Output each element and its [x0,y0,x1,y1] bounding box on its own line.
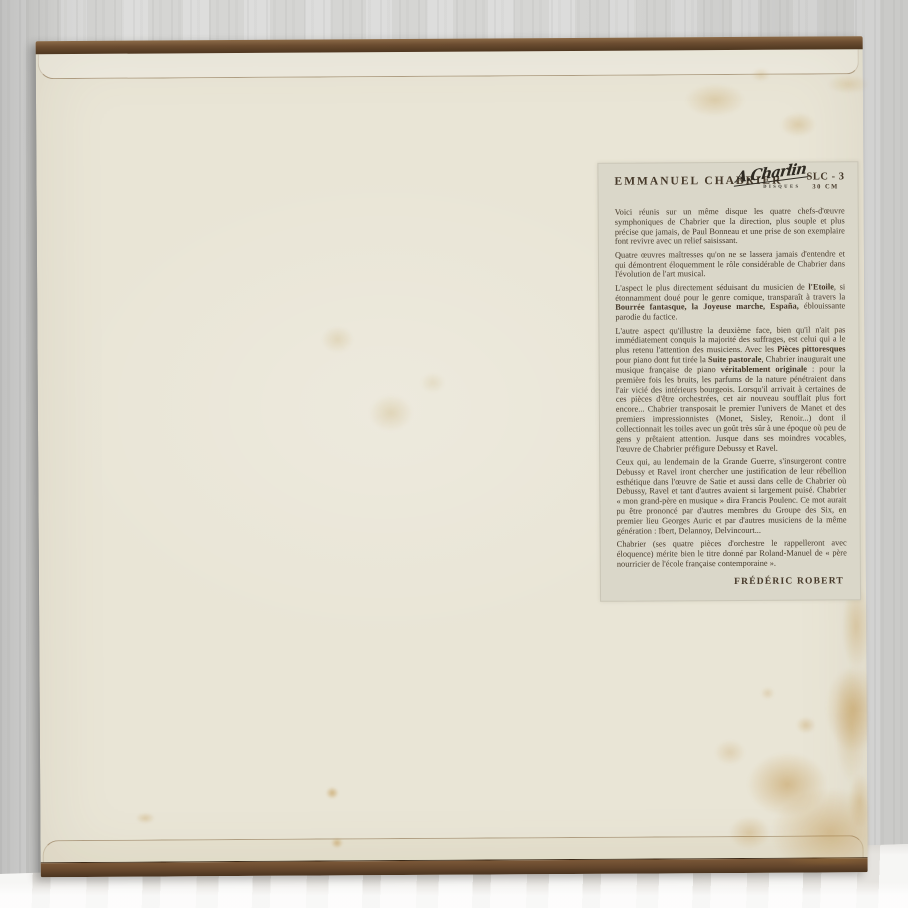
liner-notes-text: Voici réunis sur un même disque les quat… [615,206,847,569]
liner-paragraph: Ceux qui, au lendemain de la Grande Guer… [616,456,846,536]
stain [811,576,869,826]
catalog-block: SLC - 3 30 CM [807,171,845,190]
catalog-number: SLC - 3 [807,171,845,182]
stain [416,369,450,397]
stain [315,321,359,357]
charlin-logo: A.Charlin DISQUES [734,165,804,189]
liner-paragraph: L'aspect le plus directement séduisant d… [615,282,845,323]
author-signature: FRÉDÉRIC ROBERT [734,576,844,587]
liner-paragraph: Chabrier (ses quatre pièces d'orchestre … [617,538,847,569]
liner-notes-label: EMMANUEL CHABRIER A.Charlin DISQUES SLC … [597,161,861,602]
liner-paragraph: Quatre œuvres maîtresses qu'on ne se las… [615,249,845,280]
stain [323,784,341,801]
photo-scene: EMMANUEL CHABRIER A.Charlin DISQUES SLC … [0,0,908,908]
stain [360,387,422,439]
stain [629,596,869,865]
liner-paragraph: L'autre aspect qu'illustre la deuxième f… [615,325,846,454]
sleeve-top-flap-seam [38,49,859,79]
record-size: 30 CM [807,183,845,190]
liner-paragraph: Voici réunis sur un même disque les quat… [615,206,845,247]
stain [132,811,158,826]
record-sleeve-back: EMMANUEL CHABRIER A.Charlin DISQUES SLC … [36,36,868,877]
